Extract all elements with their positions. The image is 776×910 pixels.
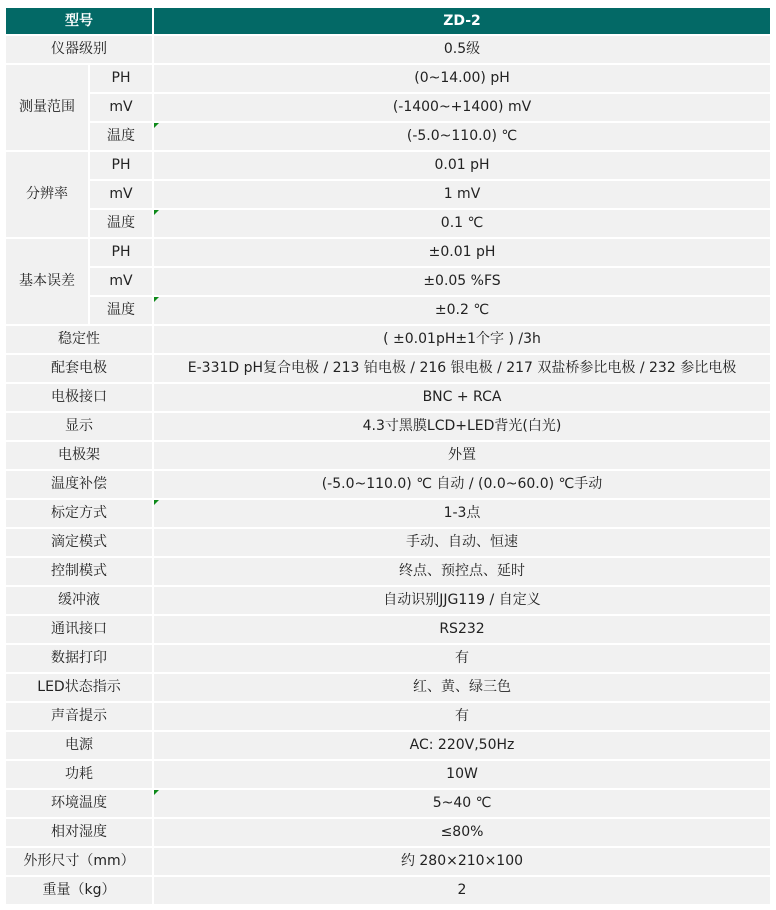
row-value-cell: 0.1 ℃ [154,210,770,239]
comment-marker-icon [154,123,159,128]
row-label: 稳定性 [6,326,154,355]
row-value: (0~14.00) pH [154,65,770,94]
row-value: ±0.2 ℃ [435,302,489,318]
row-value-cell: 5~40 ℃ [154,790,770,819]
row-value: 自动识别JJG119 / 自定义 [154,587,770,616]
row-value: (-5.0~110.0) ℃ [407,128,517,144]
row-label: 功耗 [6,761,154,790]
row-value: BNC + RCA [154,384,770,413]
table-row: 测量范围 PH (0~14.00) pH [6,65,770,94]
row-value: 手动、自动、恒速 [154,529,770,558]
table-row: 滴定模式手动、自动、恒速 [6,529,770,558]
sub-label: PH [90,152,154,181]
row-value: ±0.01 pH [154,239,770,268]
row-value: ±0.05 %FS [154,268,770,297]
table-row: 温度 0.1 ℃ [6,210,770,239]
comment-marker-icon [154,297,159,302]
header-row: 型号 ZD-2 [6,8,770,36]
row-value: 4.3寸黑膜LCD+LED背光(白光) [154,413,770,442]
row-label: 外形尺寸（mm） [6,848,154,877]
table-row: 重量（kg）2 [6,877,770,904]
row-label: 电极接口 [6,384,154,413]
row-value: 终点、预控点、延时 [154,558,770,587]
row-label: LED状态指示 [6,674,154,703]
table-row: 外形尺寸（mm）约 280×210×100 [6,848,770,877]
table-row: 稳定性( ±0.01pH±1个字 ) /3h [6,326,770,355]
table-row: 基本误差 PH ±0.01 pH [6,239,770,268]
row-value: 0.1 ℃ [441,215,483,231]
table-row: 缓冲液自动识别JJG119 / 自定义 [6,587,770,616]
row-value: 1 mV [154,181,770,210]
table-row: 声音提示有 [6,703,770,732]
sub-label: 温度 [90,210,154,239]
table-row: 通讯接口RS232 [6,616,770,645]
group-label: 基本误差 [6,239,90,326]
table-row: 温度 (-5.0~110.0) ℃ [6,123,770,152]
table-row: 环境温度5~40 ℃ [6,790,770,819]
row-label: 电极架 [6,442,154,471]
row-label: 数据打印 [6,645,154,674]
table-row: mV 1 mV [6,181,770,210]
row-value: RS232 [154,616,770,645]
table-row: 相对湿度≤80% [6,819,770,848]
row-label: 控制模式 [6,558,154,587]
row-label: 环境温度 [6,790,154,819]
row-value: (-5.0~110.0) ℃ 自动 / (0.0~60.0) ℃手动 [154,471,770,500]
table-row: 仪器级别 0.5级 [6,36,770,65]
row-value: ( ±0.01pH±1个字 ) /3h [154,326,770,355]
row-label: 电源 [6,732,154,761]
comment-marker-icon [154,210,159,215]
table-row: mV ±0.05 %FS [6,268,770,297]
row-label: 温度补偿 [6,471,154,500]
sub-label: PH [90,239,154,268]
table-row: 数据打印有 [6,645,770,674]
row-label: 通讯接口 [6,616,154,645]
table-row: 电极架外置 [6,442,770,471]
table-row: 显示4.3寸黑膜LCD+LED背光(白光) [6,413,770,442]
sub-label: PH [90,65,154,94]
row-value: 5~40 ℃ [433,795,492,811]
comment-marker-icon [154,500,159,505]
row-value: ≤80% [154,819,770,848]
row-label: 显示 [6,413,154,442]
sub-label: mV [90,268,154,297]
comment-marker-icon [154,790,159,795]
group-label: 分辨率 [6,152,90,239]
sub-label: mV [90,94,154,123]
row-value: 10W [154,761,770,790]
row-value: 0.01 pH [154,152,770,181]
table-row: 温度 ±0.2 ℃ [6,297,770,326]
row-value: 有 [154,703,770,732]
row-value: 约 280×210×100 [154,848,770,877]
row-value: AC: 220V,50Hz [154,732,770,761]
row-value-cell: ±0.2 ℃ [154,297,770,326]
table-row: 控制模式终点、预控点、延时 [6,558,770,587]
sub-label: mV [90,181,154,210]
row-label: 配套电极 [6,355,154,384]
table-row: 温度补偿(-5.0~110.0) ℃ 自动 / (0.0~60.0) ℃手动 [6,471,770,500]
table-row: 配套电极E-331D pH复合电极 / 213 铂电极 / 216 银电极 / … [6,355,770,384]
row-label: 声音提示 [6,703,154,732]
row-label: 重量（kg） [6,877,154,904]
sub-label: 温度 [90,123,154,152]
table-row: 功耗10W [6,761,770,790]
row-value: 有 [154,645,770,674]
sub-label: 温度 [90,297,154,326]
row-value-cell: 1-3点 [154,500,770,529]
row-value: 外置 [154,442,770,471]
row-value: (-1400~+1400) mV [154,94,770,123]
model-value: ZD-2 [154,8,770,36]
model-label: 型号 [6,8,154,36]
row-value: 2 [154,877,770,904]
row-label: 滴定模式 [6,529,154,558]
row-label: 标定方式 [6,500,154,529]
row-value: 红、黄、绿三色 [154,674,770,703]
table-row: 分辨率 PH 0.01 pH [6,152,770,181]
row-value: 0.5级 [154,36,770,65]
row-value: E-331D pH复合电极 / 213 铂电极 / 216 银电极 / 217 … [154,355,770,384]
table-row: 电极接口BNC + RCA [6,384,770,413]
row-label: 缓冲液 [6,587,154,616]
table-row: 电源AC: 220V,50Hz [6,732,770,761]
table-row: 标定方式1-3点 [6,500,770,529]
row-label: 相对湿度 [6,819,154,848]
row-label: 仪器级别 [6,36,154,65]
spec-table: 型号 ZD-2 仪器级别 0.5级 测量范围 PH (0~14.00) pH m… [6,8,770,904]
table-row: LED状态指示红、黄、绿三色 [6,674,770,703]
group-label: 测量范围 [6,65,90,152]
table-row: mV (-1400~+1400) mV [6,94,770,123]
row-value-cell: (-5.0~110.0) ℃ [154,123,770,152]
row-value: 1-3点 [444,505,481,521]
